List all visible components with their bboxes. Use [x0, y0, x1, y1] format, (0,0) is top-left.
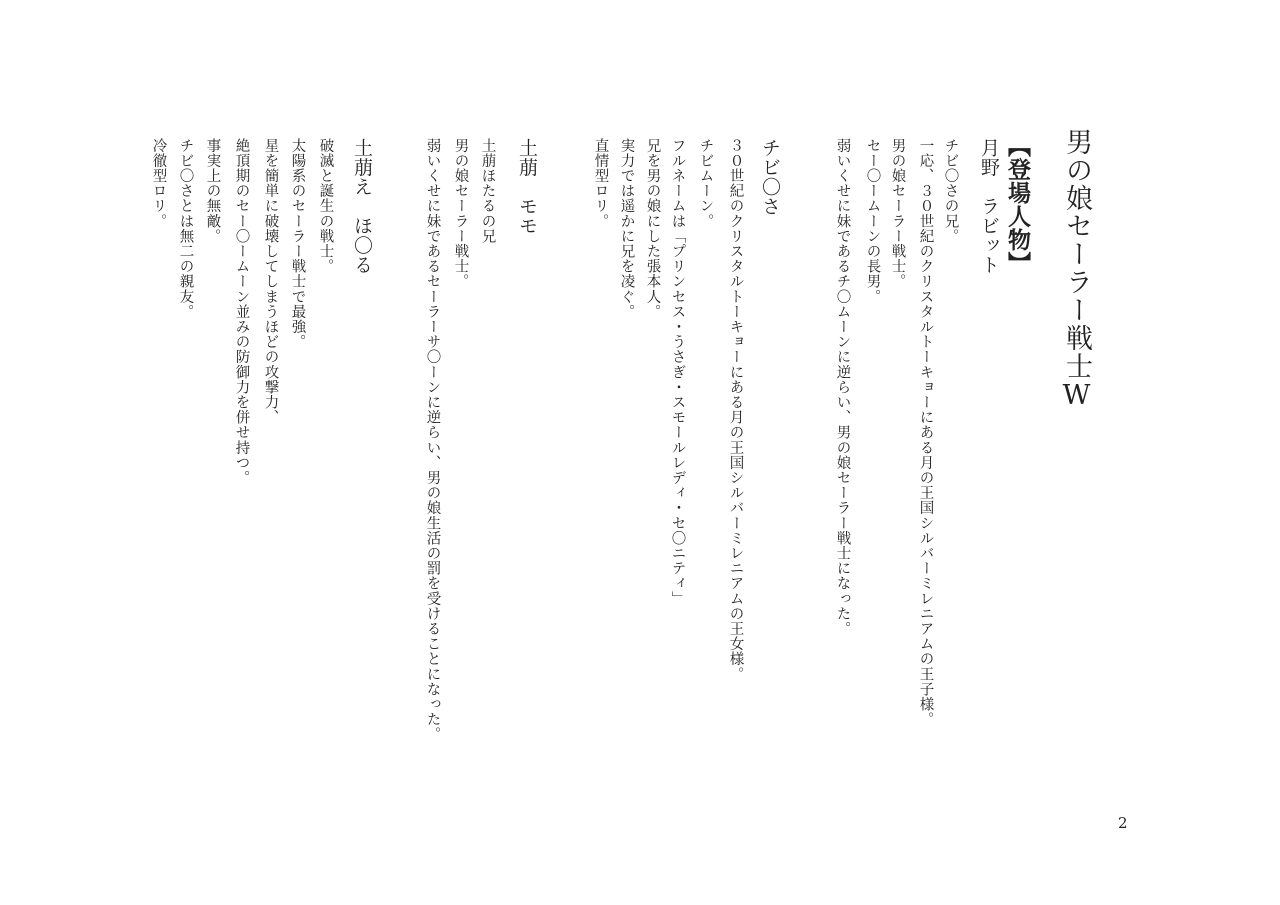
- character-line: 弱いくせに妹であるセーラーサ〇ーンに逆らい、男の娘生活の罰を受けることになった。: [425, 138, 440, 742]
- character-name: チビ〇さ: [760, 138, 779, 216]
- character-line: 男の娘セーラー戦士。: [453, 138, 468, 289]
- character-line: セー〇ームーンの長男。: [865, 138, 880, 304]
- character-name: 土萠え ほ〇る: [352, 138, 371, 275]
- character-line: ３０世紀のクリスタルトーキョーにある月の王国シルバーミレニアムの王女様。: [728, 138, 743, 682]
- character-line: フルネームは「プリンセス・うさぎ・スモールレディ・セ〇ニティ」: [670, 138, 685, 606]
- page-number: 2: [1118, 814, 1128, 832]
- character-line: チビムーン。: [698, 138, 713, 229]
- character-name: 月野 ラビット: [979, 138, 998, 275]
- character-line: 土萠ほたるの兄: [480, 138, 495, 244]
- character-line: 実力では遥かに兄を凌ぐ。: [619, 138, 634, 319]
- character-line: 直情型ロリ。: [593, 138, 608, 229]
- document-title: 男の娘セーラー戦士W: [1063, 128, 1090, 412]
- character-line: 太陽系のセーラー戦士で最強。: [290, 138, 305, 349]
- character-line: 男の娘セーラー戦士。: [890, 138, 905, 289]
- character-line: 絶頂期のセー〇ームーン並みの防御力を併せ持つ。: [234, 138, 249, 485]
- character-line: チビ〇さの兄。: [943, 138, 958, 244]
- character-line: 一応、３０世紀のクリスタルトーキョーにある月の王国シルバーミレニアムの王子様。: [918, 138, 933, 727]
- character-line: 事実上の無敵。: [205, 138, 220, 244]
- character-line: 星を簡単に破壊してしまうほどの攻撃力、: [263, 138, 278, 425]
- character-line: 冷徹型ロリ。: [151, 138, 166, 229]
- character-name: 土萠 モモ: [517, 138, 536, 236]
- character-line: 弱いくせに妹であるチ〇ムーンに逆らい、男の娘セーラー戦士になった。: [835, 138, 850, 636]
- character-line: チビ〇さとは無二の親友。: [178, 138, 193, 319]
- section-heading: 【登場人物】: [1006, 134, 1029, 275]
- character-line: 兄を男の娘にした張本人。: [645, 138, 660, 319]
- character-line: 破滅と誕生の戦士。: [318, 138, 333, 274]
